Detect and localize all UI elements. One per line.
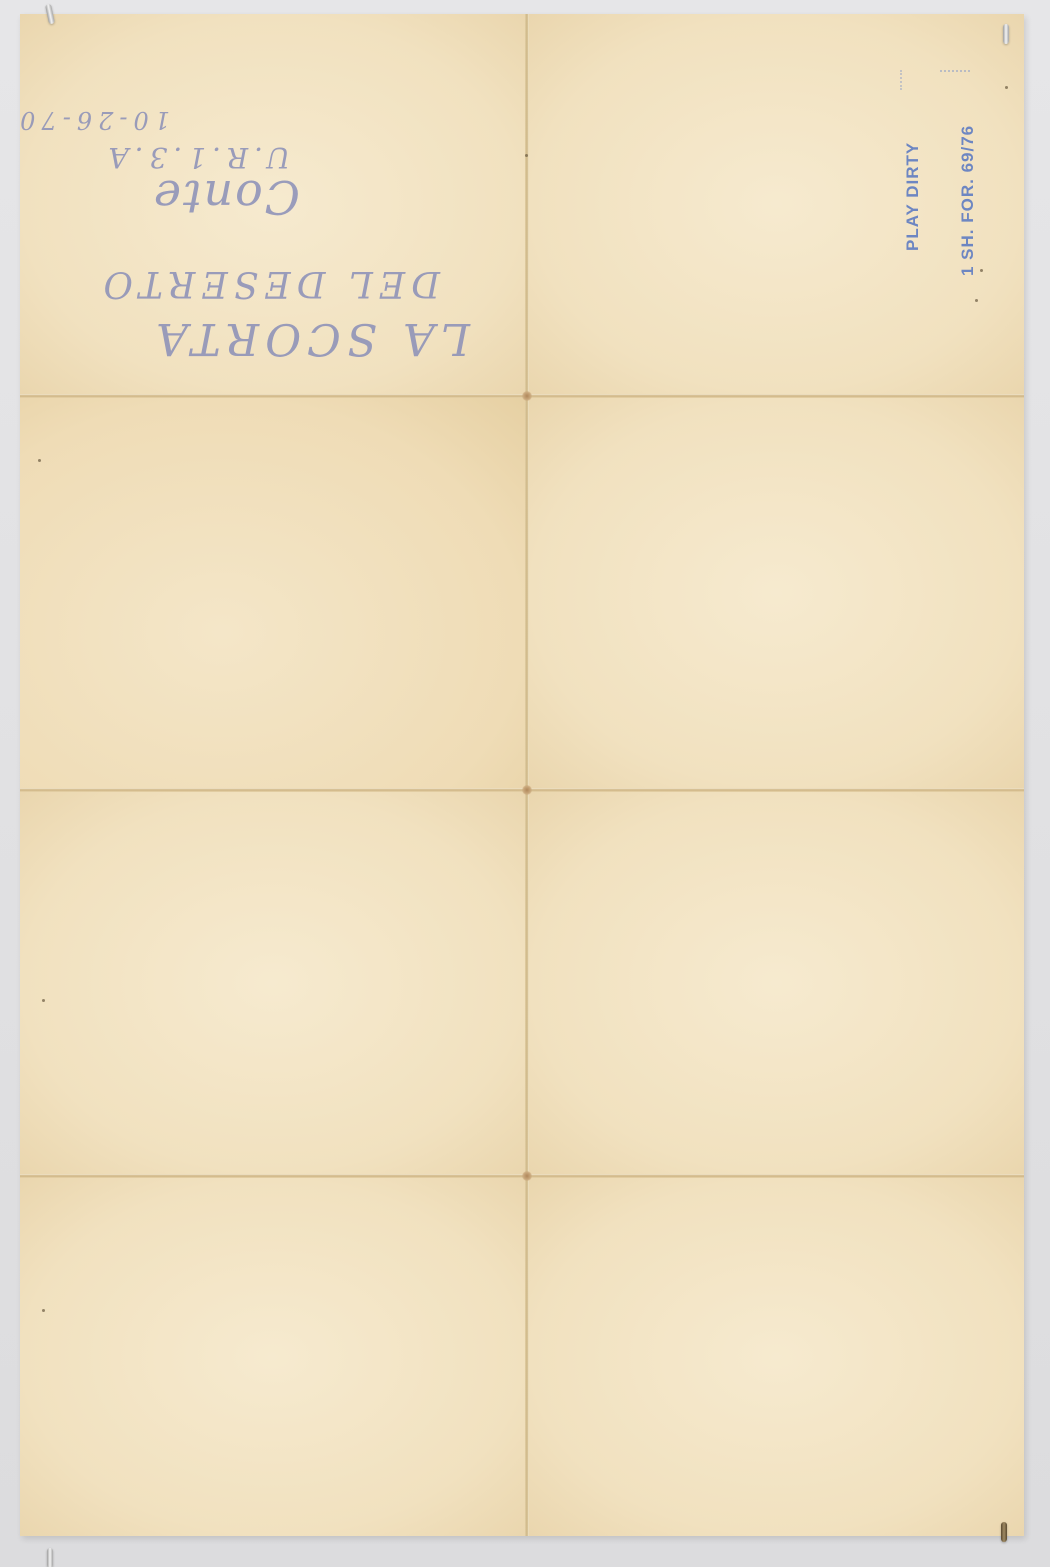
panel-row3-left (20, 792, 525, 1174)
handwriting-line: U.R.1.3.A (102, 141, 290, 174)
handwriting-line: DEL DESERTO (97, 263, 440, 304)
pin-icon (47, 1548, 53, 1567)
fold-intersection-wear (522, 391, 532, 401)
pin-icon (1001, 1522, 1007, 1542)
handwriting-line: Conte (152, 170, 300, 224)
stamp-border-marks (940, 70, 970, 78)
pin-icon (1003, 24, 1009, 44)
paper-speck (1005, 86, 1008, 89)
handwriting-line: 10-26-70 (20, 106, 170, 134)
poster-back: LA SCORTA DEL DESERTO Conte U.R.1.3.A 10… (20, 14, 1024, 1536)
paper-speck (38, 459, 41, 462)
panel-row2-right (529, 398, 1024, 788)
stamp-film-title: PLAY DIRTY (903, 142, 923, 251)
paper-speck (525, 154, 528, 157)
paper-speck (975, 299, 978, 302)
stamp-sheet-code: 1 SH. FOR. 69/76 (958, 125, 978, 276)
panel-bottom-right (529, 1178, 1024, 1536)
panel-bottom-left (20, 1178, 525, 1536)
fold-intersection-wear (522, 1171, 532, 1181)
paper-speck (42, 999, 45, 1002)
panel-row2-left (20, 398, 525, 788)
paper-speck (980, 269, 983, 272)
stamp-border-marks (900, 70, 904, 90)
panel-row3-right (529, 792, 1024, 1174)
vertical-fold (525, 14, 529, 1536)
fold-intersection-wear (522, 785, 532, 795)
paper-speck (42, 1309, 45, 1312)
handwriting-line: LA SCORTA (150, 313, 470, 364)
handwritten-note: LA SCORTA DEL DESERTO Conte U.R.1.3.A 10… (60, 74, 490, 374)
